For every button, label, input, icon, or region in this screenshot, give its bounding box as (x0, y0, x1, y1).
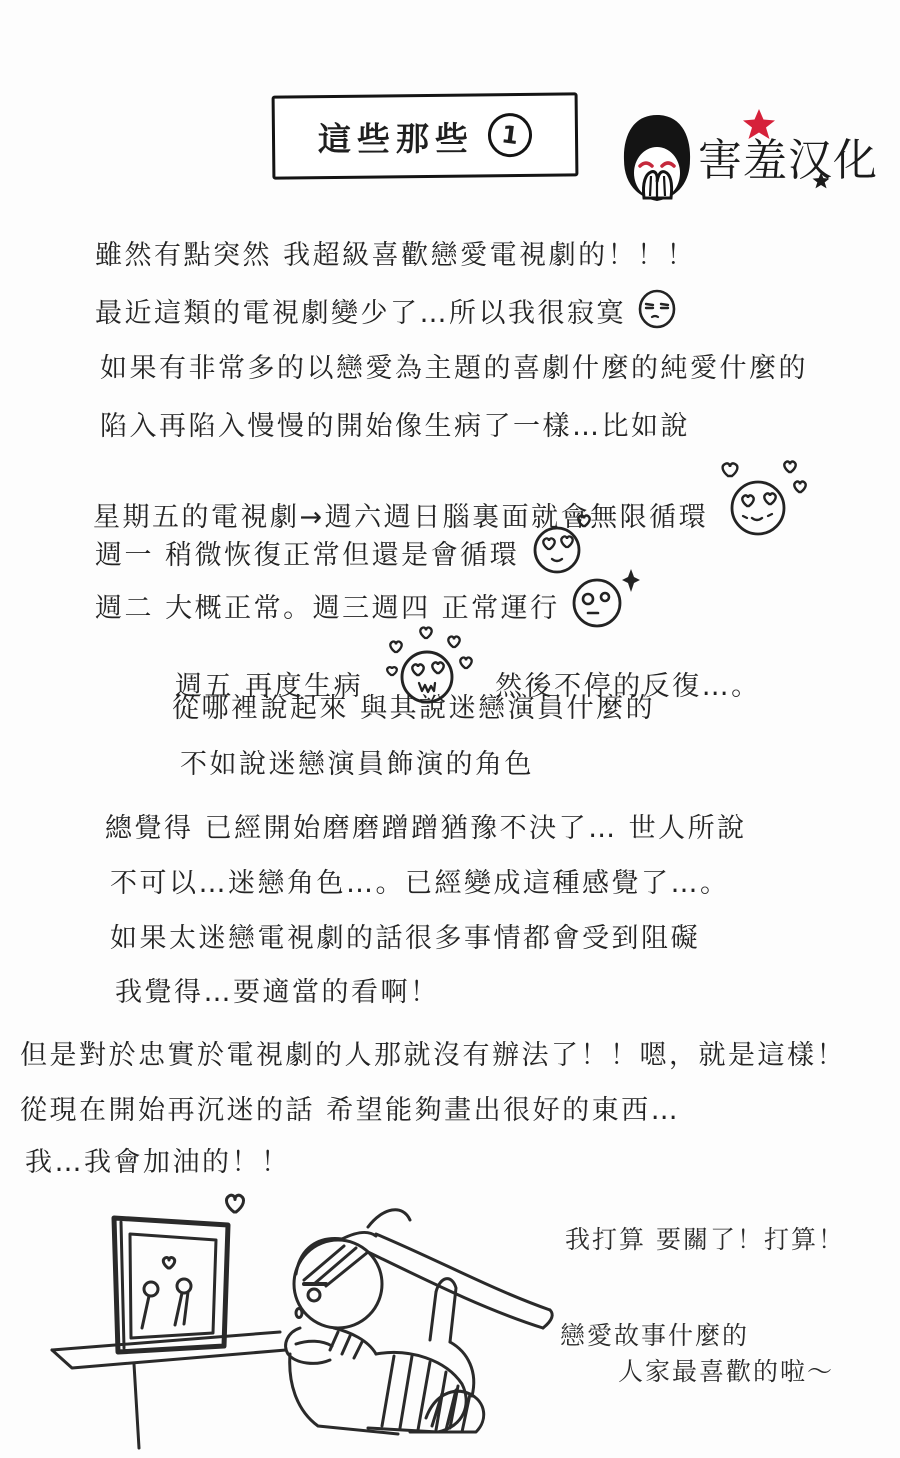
speech-line: 我打算 要關了！打算！ (565, 1220, 845, 1256)
text-line-label: 但是對於忠實於電視劇的人那就沒有辦法了！！嗯，就是這樣！ (20, 1033, 846, 1072)
page-title: 這些那些 (318, 113, 474, 161)
text-line-label: 最近這類的電視劇變少了…所以我很寂寞 (95, 291, 626, 330)
text-line-label: 總覺得 已經開始磨磨蹭蹭猶豫不決了… 世人所說 (105, 806, 747, 845)
text-line: 如果太迷戀電視劇的話很多事情都會受到阻礙 (110, 916, 700, 955)
text-line-label: 不可以…迷戀角色…。已經變成這種感覺了…。 (110, 861, 730, 900)
text-line-label: 從哪裡說起來 與其說迷戀演員什麼的 (172, 686, 655, 725)
tired-face-emoticon (634, 288, 680, 330)
text-line: 不可以…迷戀角色…。已經變成這種感覺了…。 (110, 861, 730, 900)
heart-icon (163, 1257, 174, 1268)
black-star-icon (812, 172, 830, 190)
circled-number-icon: 1 (485, 110, 534, 159)
shy-girl-face-icon (616, 112, 698, 204)
text-line: 從哪裡說起來 與其說迷戀演員什麼的 (172, 686, 655, 725)
text-line-label: 不如說迷戀演員飾演的角色 (180, 742, 534, 781)
girl-watching-tv-illustration (38, 1182, 578, 1458)
manga-afterword-page: 這些那些 1 害羞汉化 雖然有點突然 我超級喜歡戀愛電視劇的！！！ 最近這類的電… (0, 0, 900, 1458)
text-line: 從現在開始再沉迷的話 希望能夠畫出很好的東西… (20, 1088, 680, 1127)
text-line: 如果有非常多的以戀愛為主題的喜劇什麼的純愛什麼的 (100, 346, 808, 385)
text-line: 最近這類的電視劇變少了…所以我很寂寞 (95, 288, 680, 330)
speech-line: 戀愛故事什麼的 (560, 1316, 749, 1352)
text-line-label: 如果有非常多的以戀愛為主題的喜劇什麼的純愛什麼的 (100, 346, 808, 385)
red-star-icon (742, 108, 776, 142)
text-line: 雖然有點突然 我超級喜歡戀愛電視劇的！！！ (95, 233, 696, 272)
heart-eyes-face-with-hearts-emoticon (716, 458, 812, 540)
text-line-label: 陷入再陷入慢慢的開始像生病了一樣…比如說 (100, 404, 690, 443)
tv-icon (114, 1218, 228, 1352)
text-line: 總覺得 已經開始磨磨蹭蹭猶豫不決了… 世人所說 (105, 806, 747, 845)
text-line: 我…我會加油的！！ (25, 1140, 291, 1179)
girl-figure (286, 1210, 553, 1434)
text-line-label: 雖然有點突然 我超級喜歡戀愛電視劇的！！！ (95, 233, 696, 272)
text-line-label: 我覺得…要適當的看啊！ (115, 970, 440, 1009)
text-line-label: 我…我會加油的！！ (25, 1140, 291, 1179)
text-line: 不如說迷戀演員飾演的角色 (180, 742, 534, 781)
normal-face-sparkle-emoticon (568, 567, 646, 629)
heart-icon (226, 1195, 243, 1212)
text-line-label: 週二 大概正常。週三週四 正常運行 (95, 586, 560, 625)
text-line: 我覺得…要適當的看啊！ (115, 970, 440, 1009)
text-line: 但是對於忠實於電視劇的人那就沒有辦法了！！嗯，就是這樣！ (20, 1033, 846, 1072)
text-line: 週一 稍微恢復正常但還是會循環 (95, 512, 599, 572)
text-line-label: 如果太迷戀電視劇的話很多事情都會受到阻礙 (110, 916, 700, 955)
logo-text: 害羞汉化 (698, 124, 878, 188)
scanlation-logo: 害羞汉化 (616, 112, 878, 204)
text-line-label: 從現在開始再沉迷的話 希望能夠畫出很好的東西… (20, 1088, 680, 1127)
title-box: 這些那些 1 (272, 92, 579, 179)
text-line: 週二 大概正常。週三週四 正常運行 (95, 567, 646, 625)
text-line: 陷入再陷入慢慢的開始像生病了一樣…比如說 (100, 404, 690, 443)
speech-line: 人家最喜歡的啦～ (618, 1352, 834, 1388)
